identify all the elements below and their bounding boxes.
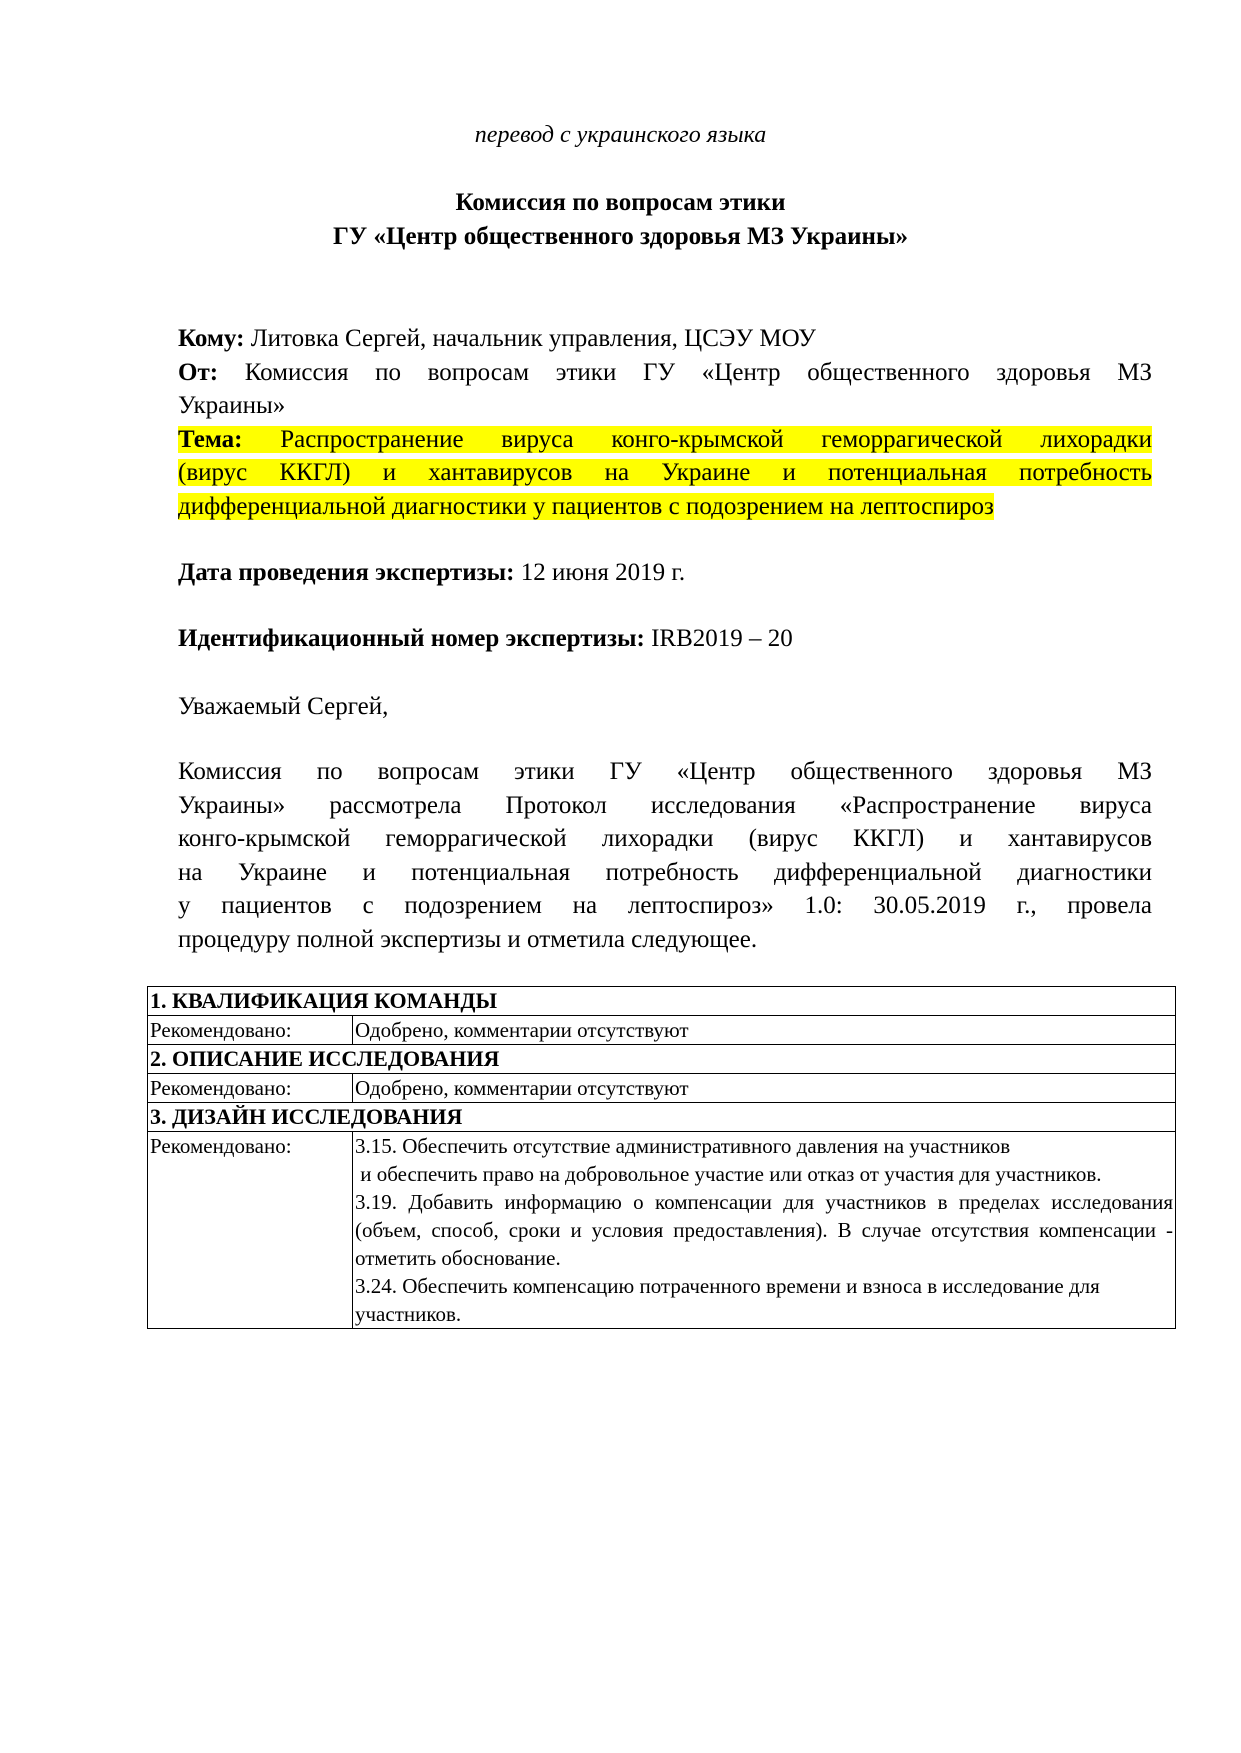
section-title: 3. ДИЗАЙН ИССЛЕДОВАНИЯ: [148, 1103, 1176, 1132]
recommendation-content: Одобрено, комментарии отсутствуют: [353, 1016, 1176, 1045]
section-title: 2. ОПИСАНИЕ ИССЛЕДОВАНИЯ: [148, 1045, 1176, 1074]
salutation: Уважаемый Сергей,: [178, 690, 1152, 724]
organization-title: Комиссия по вопросам этики ГУ «Центр общ…: [0, 186, 1241, 254]
organization-title-line2: ГУ «Центр общественного здоровья МЗ Укра…: [0, 220, 1241, 254]
translation-note: перевод с украинского языка: [0, 120, 1241, 150]
recommendation-label: Рекомендовано:: [148, 1132, 353, 1329]
organization-title-line1: Комиссия по вопросам этики: [0, 186, 1241, 220]
recommendation-content: 3.15. Обеспечить отсутствие администрати…: [353, 1132, 1176, 1329]
review-date-value: 12 июня 2019 г.: [515, 559, 686, 586]
to-field: Кому: Литовка Сергей, начальник управлен…: [178, 322, 1152, 356]
comment-3-19: 3.19. Добавить информацию о компенсации …: [355, 1188, 1173, 1272]
table-row: Рекомендовано: Одобрено, комментарии отс…: [148, 1074, 1176, 1103]
review-table: 1. КВАЛИФИКАЦИЯ КОМАНДЫ Рекомендовано: О…: [147, 986, 1176, 1329]
comment-3-24: 3.24. Обеспечить компенсацию потраченног…: [355, 1272, 1173, 1328]
subject-highlight: Тема: Распространение вируса конго-крымс…: [178, 426, 1152, 453]
section-title: 1. КВАЛИФИКАЦИЯ КОМАНДЫ: [148, 987, 1176, 1016]
from-field-line1: От: Комиссия по вопросам этики ГУ «Центр…: [178, 356, 1152, 390]
subject-value: Распространение вируса конго-крымской ге…: [243, 426, 1152, 453]
review-date: Дата проведения экспертизы: 12 июня 2019…: [178, 556, 1152, 590]
review-id: Идентификационный номер экспертизы: IRB2…: [178, 622, 1152, 656]
review-date-label: Дата проведения экспертизы:: [178, 559, 515, 586]
subject-label: Тема:: [178, 426, 243, 453]
recommendation-label: Рекомендовано:: [148, 1074, 353, 1103]
to-value: Литовка Сергей, начальник управления, ЦС…: [244, 325, 816, 352]
review-id-label: Идентификационный номер экспертизы:: [178, 625, 645, 652]
to-label: Кому:: [178, 325, 244, 352]
header-fields: Кому: Литовка Сергей, начальник управлен…: [178, 322, 1152, 523]
comment-3-15-cont: и обеспечить право на добровольное участ…: [355, 1160, 1173, 1188]
document-page: перевод с украинского языка Комиссия по …: [0, 0, 1241, 1753]
table-row: Рекомендовано: 3.15. Обеспечить отсутств…: [148, 1132, 1176, 1329]
table-row: Рекомендовано: Одобрено, комментарии отс…: [148, 1016, 1176, 1045]
from-value: Комиссия по вопросам этики ГУ «Центр общ…: [218, 359, 1152, 386]
section-row: 1. КВАЛИФИКАЦИЯ КОМАНДЫ: [148, 987, 1176, 1016]
from-field-line2: Украины»: [178, 389, 1152, 423]
section-row: 3. ДИЗАЙН ИССЛЕДОВАНИЯ: [148, 1103, 1176, 1132]
recommendation-label: Рекомендовано:: [148, 1016, 353, 1045]
body-paragraph: Комиссия по вопросам этики ГУ «Центр общ…: [178, 755, 1152, 956]
subject-field: Тема: Распространение вируса конго-крымс…: [178, 423, 1152, 524]
from-label: От:: [178, 359, 218, 386]
recommendation-content: Одобрено, комментарии отсутствуют: [353, 1074, 1176, 1103]
comment-3-15: 3.15. Обеспечить отсутствие администрати…: [355, 1134, 1010, 1158]
section-row: 2. ОПИСАНИЕ ИССЛЕДОВАНИЯ: [148, 1045, 1176, 1074]
review-id-value: IRB2019 – 20: [645, 625, 793, 652]
